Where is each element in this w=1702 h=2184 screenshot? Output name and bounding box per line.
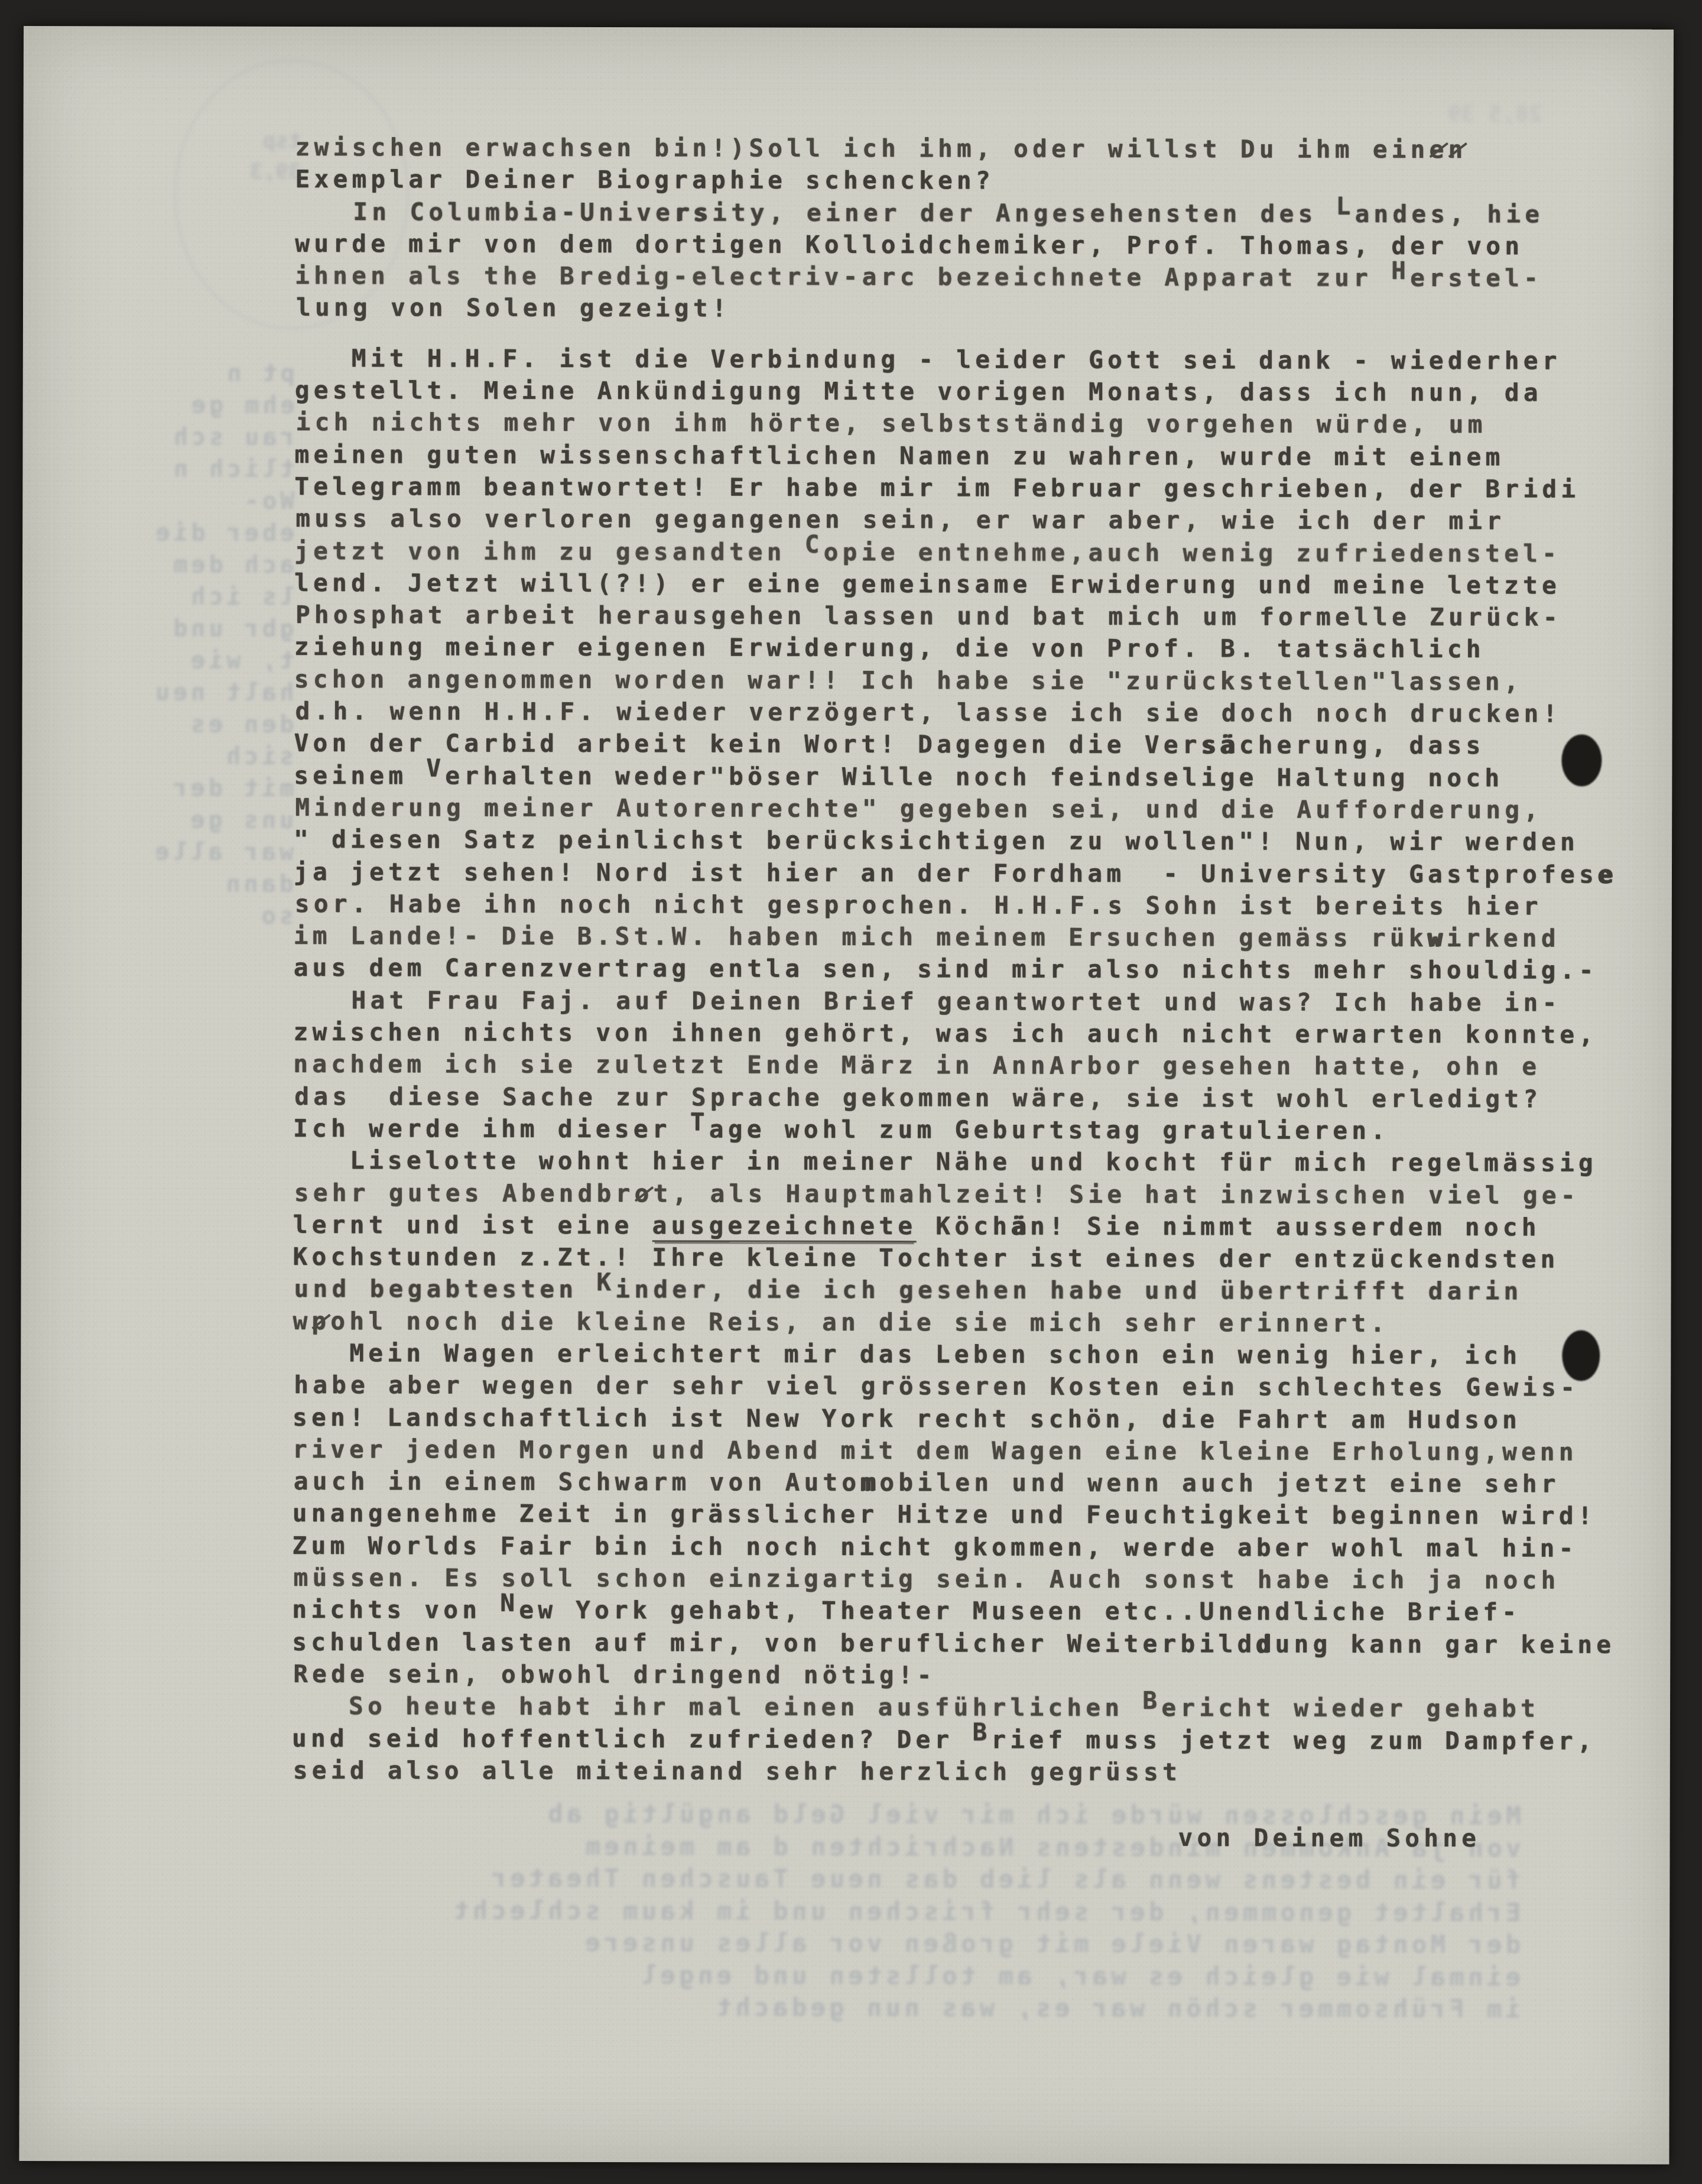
letter-line: schulden lasten auf mir, von beruflicher… [292, 1626, 1615, 1661]
letter-segment-up: H [1391, 257, 1410, 285]
letter-segment: ziehung meiner eigenen Erwiderung, die v… [294, 632, 1485, 663]
letter-segment: opie entnehme,auch wenig zufriedenstel- [824, 537, 1561, 567]
bleed-through-line: Wo- [31, 485, 294, 517]
letter-segment: Zum Worlds Fair bin ich noch nicht gkomm… [293, 1531, 1578, 1563]
letter-segment: lernt und ist eine [293, 1211, 652, 1239]
letter-segment: Mein Wagen erleichtert mir das Leben sch… [293, 1339, 1521, 1370]
letter-line: Rede sein, obwohl dringend nötig!- [293, 1658, 1616, 1693]
bleed-through-line: so [30, 900, 294, 932]
letter-segment: Hat Frau Faj. auf Deinen Brief geantwort… [294, 986, 1561, 1017]
letter-segment: ew York gehabt, Theater Museen etc..Unen… [519, 1596, 1521, 1627]
letter-segment: Rede sein, obwohl dringend nötig!- [293, 1660, 936, 1689]
letter-segment: ericht wieder gehabt [1161, 1693, 1539, 1722]
letter-segment: sor. Habe ihn noch nicht gesprochen. H.H… [295, 890, 1542, 920]
letter-segment: schon angenommen worden war!! Ich habe s… [294, 665, 1523, 696]
letter-segment-up: N [500, 1589, 519, 1617]
bleed-through-line: tlich n [31, 453, 294, 485]
letter-line: So heute habt ihr mal einen ausführliche… [292, 1690, 1615, 1725]
letter-segment: Telegramm beantwortet! Er habe mir im Fe… [294, 472, 1580, 504]
letter-line: müssen. Es soll schon einzigartig sein. … [293, 1562, 1616, 1596]
letter-line: Mein Wagen erleichtert mir das Leben sch… [293, 1337, 1616, 1372]
letter-segment: nichts von [292, 1595, 500, 1624]
letter-segment: cherung, dass [1239, 731, 1485, 760]
letter-line: wpohl noch die kleine Reis, an die sie m… [293, 1305, 1616, 1340]
letter-line: Liselotte wohnt hier in meiner Nähe und … [293, 1144, 1616, 1179]
letter-segment-st: p [311, 1307, 330, 1335]
letter-line: Minderung meiner Autorenrechte" gegeben … [295, 791, 1618, 826]
letter-line: " diesen Satz peinlichst berücksichtigen… [294, 823, 1617, 858]
bleed-through-line [220, 2023, 1521, 2058]
letter-segment: andes, hie [1355, 199, 1544, 228]
letter-body: zwischen erwachsen bin!)Soll ich ihm, od… [292, 131, 1619, 1789]
letter-segment-up: B [1142, 1686, 1161, 1715]
letter-line: Exemplar Deiner Biographie schencken? [295, 163, 1618, 198]
bleed-through-line: im Frühsommer schön war es, was nun geda… [220, 1991, 1521, 2026]
letter-segment-ov: sä [1201, 731, 1239, 760]
letter-line: das diese Sache zur Sprache gekommen wär… [294, 1080, 1617, 1115]
letter-line: schon angenommen worden war!! Ich habe s… [294, 663, 1617, 698]
letter-line: seid also alle miteinand sehr herzlich g… [293, 1754, 1616, 1789]
bleed-through-line: rau sch [31, 421, 294, 453]
bleed-through-line: ls ich [31, 580, 294, 613]
letter-segment: river jeden Morgen und Abend mit dem Wag… [293, 1435, 1578, 1466]
letter-segment: Minderung meiner Autorenrechte" gegeben … [295, 793, 1542, 824]
letter-line: zwischen erwachsen bin!)Soll ich ihm, od… [295, 131, 1619, 166]
letter-segment-ov: w [1428, 924, 1447, 952]
letter-segment: sen! Landschaftlich ist New York recht s… [293, 1403, 1521, 1434]
letter-line: wurde mir von dem dortigen Kolloidchemik… [295, 228, 1618, 262]
letter-segment-ov: rs [674, 198, 712, 226]
letter-segment-ov: m [860, 1468, 879, 1497]
letter-line: sehr gutes Abendbrot, als Hauptmahlzeit!… [294, 1176, 1617, 1211]
letter-segment: gestellt. Meine Ankündigung Mitte vorige… [295, 376, 1542, 407]
letter-line: Hat Frau Faj. auf Deinen Brief geantwort… [294, 984, 1617, 1019]
bleed-through-line: dann [30, 868, 294, 900]
letter-line: Zum Worlds Fair bin ich noch nicht gkomm… [293, 1530, 1616, 1565]
bleed-through-line: den es [30, 708, 294, 741]
letter-line: In Columbia-University, einer der Angese… [296, 196, 1619, 231]
letter-segment: Ich werde ihm dieser [293, 1114, 690, 1143]
letter-line: Phosphat arbeit herausgehen lassen und b… [295, 599, 1619, 634]
letter-segment: lung von Solen gezeigt! [296, 293, 731, 323]
letter-segment: nachdem ich sie zuletzt Ende März in Ann… [293, 1050, 1541, 1080]
letter-segment: Köch [917, 1212, 1011, 1240]
letter-segment-st: e [1430, 135, 1448, 164]
bleed-through-line: Erhaltet genommen, der sehr frischen und… [220, 1894, 1521, 1929]
letter-line: ziehung meiner eigenen Erwiderung, die v… [294, 631, 1617, 666]
letter-segment: seid also alle miteinand sehr herzlich g… [293, 1756, 1181, 1786]
letter-line: Ich werde ihm dieser Tage wohl zum Gebur… [293, 1112, 1616, 1147]
letter-line: sen! Landschaftlich ist New York recht s… [293, 1401, 1616, 1436]
letter-segment-ov: ä [1011, 1212, 1030, 1240]
letter-line: unangenehme Zeit in grässlicher Hitze un… [293, 1497, 1616, 1532]
bleed-through-line: mit der [30, 772, 294, 804]
letter-segment: ihnen als the Bredig-electriv-arc bezeic… [295, 261, 1391, 292]
letter-line: jetzt von ihm zu gesandten Copie entnehm… [294, 535, 1617, 570]
letter-segment: obilen und wenn auch jetzt eine sehr [879, 1468, 1560, 1498]
letter-segment: zwischen nichts von ihnen gehört, was ic… [293, 1018, 1597, 1049]
bleed-through-line: pt n [31, 357, 295, 390]
letter-segment: habe aber wegen der sehr viel grösseren … [294, 1371, 1579, 1402]
letter-segment: das diese Sache zur Sprache gekommen wär… [294, 1082, 1542, 1113]
letter-segment: w [293, 1307, 311, 1335]
letter-segment: rief muss jetzt weg zum Dampfer, [991, 1725, 1596, 1755]
letter-segment: n! Sie nimmt ausserdem noch [1030, 1212, 1541, 1241]
bleed-through-line: eber die [31, 517, 294, 549]
letter-segment-up: C [805, 530, 824, 559]
letter-line: Mit H.H.F. ist die Verbindung - leider G… [295, 342, 1618, 377]
bleed-through-line: 39,3 [171, 157, 301, 187]
letter-segment-ov: e [1598, 860, 1617, 888]
letter-segment: seinem [294, 761, 426, 790]
letter-segment: In Columbia-Unive [296, 197, 674, 226]
letter-segment: ohl noch die kleine Reis, an die sie mic… [330, 1307, 1389, 1338]
bleed-through-line: halt neu [31, 676, 294, 709]
letter-segment: So heute habt ihr mal einen ausführliche… [292, 1692, 1142, 1722]
letter-segment: Exemplar Deiner Biographie schencken? [295, 165, 995, 194]
letter-line: nachdem ich sie zuletzt Ende März in Ann… [293, 1048, 1616, 1083]
letter-line: und seid hoffentlich zufrieden? Der Brie… [292, 1722, 1615, 1757]
letter-segment: inder, die ich gesehen habe und übertrif… [615, 1275, 1522, 1305]
letter-line: nichts von New York gehabt, Theater Muse… [292, 1594, 1615, 1628]
bleed-through-line: der Montag waren Viele mit großen vor al… [220, 1926, 1521, 1961]
letter-segment: t, als Hauptmahlzeit! Sie hat inzwischen… [654, 1179, 1580, 1209]
bleed-through-left-margin: pt nehm gerau schtlich nWo-eber dieach d… [30, 357, 295, 932]
letter-segment-up: K [596, 1268, 615, 1296]
letter-segment: schulden lasten auf mir, von beruflicher… [292, 1628, 1256, 1658]
letter-line: Von der Carbid arbeit kein Wort! Dagegen… [294, 727, 1617, 762]
letter-line: river jeden Morgen und Abend mit dem Wag… [293, 1433, 1616, 1468]
letter-segment: irkend [1447, 924, 1560, 952]
letter-segment-ov: d [1256, 1630, 1275, 1658]
letter-line: ich nichts mehr von ihm hörte, selbststä… [296, 406, 1619, 441]
letter-segment-up: L [1336, 192, 1355, 220]
letter-page: tsp39,3 28,5 39 pt nehm gerau schtlich n… [19, 26, 1674, 2164]
letter-line: muss also verloren gegangenen sein, er w… [295, 502, 1619, 537]
letter-segment: lend. Jetzt will(?!) er eine gemeinsame … [294, 569, 1561, 599]
letter-segment: Phosphat arbeit herausgehen lassen und b… [295, 601, 1562, 631]
letter-segment: ja jetzt sehen! Nord ist hier an der For… [294, 857, 1598, 888]
letter-line: seinem Verhalten weder"böser Wille noch … [294, 760, 1617, 794]
letter-segment: " diesen Satz peinlichst berücksichtigen… [294, 825, 1579, 856]
bleed-through-line: sich [30, 740, 294, 773]
bleed-through-line: für ein bestens wenn als lieb das neue T… [220, 1862, 1521, 1897]
letter-segment: age wohl zum Geburtstag gratulieren. [709, 1115, 1390, 1144]
letter-segment: ity, einer der Angesehensten des [712, 198, 1336, 228]
letter-line: sor. Habe ihn noch nicht gesprochen. H.H… [295, 888, 1618, 923]
bleed-through-line: war alle [30, 836, 294, 868]
letter-segment: und begabtesten [294, 1274, 596, 1303]
letter-line: ihnen als the Bredig-electriv-arc bezeic… [295, 259, 1618, 294]
letter-segment: aus dem Carenzvertrag entla sen, sind mi… [294, 953, 1598, 985]
bleed-through-line: ehm ge [31, 389, 295, 421]
bleed-through-line: gbr und [31, 612, 294, 645]
letter-segment: sehr gutes Abendbr [294, 1178, 635, 1207]
signature-line: von Deinem Sohne [1178, 1822, 1481, 1854]
letter-line: zwischen nichts von ihnen gehört, was ic… [293, 1016, 1616, 1051]
letter-line: im Lande!- Die B.St.W. haben mich meinem… [294, 920, 1617, 955]
letter-line: auch in einem Schwarm von Automobilen un… [294, 1465, 1617, 1500]
letter-segment-st: n [1448, 135, 1467, 164]
letter-segment-st: o [635, 1179, 654, 1208]
letter-segment: unangenehme Zeit in grässlicher Hitze un… [293, 1499, 1597, 1530]
bleed-through-line: tsp [171, 126, 301, 157]
letter-segment-ul: ausgezeichnete [652, 1211, 917, 1242]
bleed-through-line: uns ge [30, 804, 294, 836]
bleed-through-line: t, wie [31, 644, 294, 677]
letter-segment: und seid hoffentlich zufrieden? Der [292, 1724, 973, 1754]
bleed-through-line: ach dem [31, 549, 294, 581]
letter-segment: Liselotte wohnt hier in meiner Nähe und … [293, 1146, 1597, 1177]
letter-line: lung von Solen gezeigt! [296, 291, 1619, 326]
letter-line: Kochstunden z.Zt.! Ihre kleine Tochter i… [293, 1241, 1616, 1276]
letter-segment: wurde mir von dem dortigen Kolloidchemik… [295, 229, 1524, 260]
letter-segment: ung kann gar keine [1275, 1630, 1615, 1659]
letter-line: ja jetzt sehen! Nord ist hier an der For… [294, 855, 1617, 890]
letter-segment: Mit H.H.F. ist die Verbindung - leider G… [295, 344, 1561, 375]
bleed-through-marks: tsp39,3 [171, 126, 301, 187]
letter-line: habe aber wegen der sehr viel grösseren … [294, 1369, 1617, 1404]
letter-segment: jetzt von ihm zu gesandten [294, 537, 805, 566]
ink-blots [24, 26, 1674, 30]
letter-segment: erhalten weder"böser Wille noch feindsel… [445, 761, 1503, 792]
letter-segment: im Lande!- Die B.St.W. haben mich meinem… [294, 921, 1428, 952]
letter-segment: erstel- [1410, 264, 1542, 292]
letter-segment: müssen. Es soll schon einzigartig sein. … [293, 1563, 1560, 1594]
letter-segment: ich nichts mehr von ihm hörte, selbststä… [296, 408, 1487, 439]
letter-segment-up: T [690, 1108, 709, 1136]
bleed-through-line: einmal wie gleich es war, am tollsten un… [220, 1958, 1521, 1993]
letter-line: lend. Jetzt will(?!) er eine gemeinsame … [294, 567, 1617, 602]
letter-segment: Kochstunden z.Zt.! Ihre kleine Tochter i… [293, 1242, 1560, 1273]
letter-line: lernt und ist eine ausgezeichnete Köchän… [293, 1209, 1616, 1244]
letter-segment: meinen guten wissenschaftlichen Namen zu… [294, 440, 1504, 471]
letter-segment: muss also verloren gegangenen sein, er w… [295, 504, 1505, 535]
bleed-through-corner-mark: 28,5 39 [1347, 99, 1542, 129]
letter-line: aus dem Carenzvertrag entla sen, sind mi… [294, 952, 1617, 986]
letter-segment: zwischen erwachsen bin!)Soll ich ihm, od… [295, 133, 1430, 164]
scan-background: tsp39,3 28,5 39 pt nehm gerau schtlich n… [0, 0, 1702, 2184]
letter-segment-up: B [972, 1718, 991, 1747]
letter-line: und begabtesten Kinder, die ich gesehen … [294, 1273, 1617, 1307]
letter-segment: d.h. wenn H.H.F. wieder verzögert, lasse… [295, 697, 1562, 728]
letter-segment: auch in einem Schwarm von Auto [294, 1467, 861, 1497]
letter-line: d.h. wenn H.H.F. wieder verzögert, lasse… [295, 695, 1619, 730]
letter-segment-up: V [426, 754, 445, 783]
letter-line: gestellt. Meine Ankündigung Mitte vorige… [295, 374, 1618, 409]
letter-line: meinen guten wissenschaftlichen Namen zu… [294, 439, 1617, 473]
letter-line: Telegramm beantwortet! Er habe mir im Fe… [294, 470, 1617, 505]
